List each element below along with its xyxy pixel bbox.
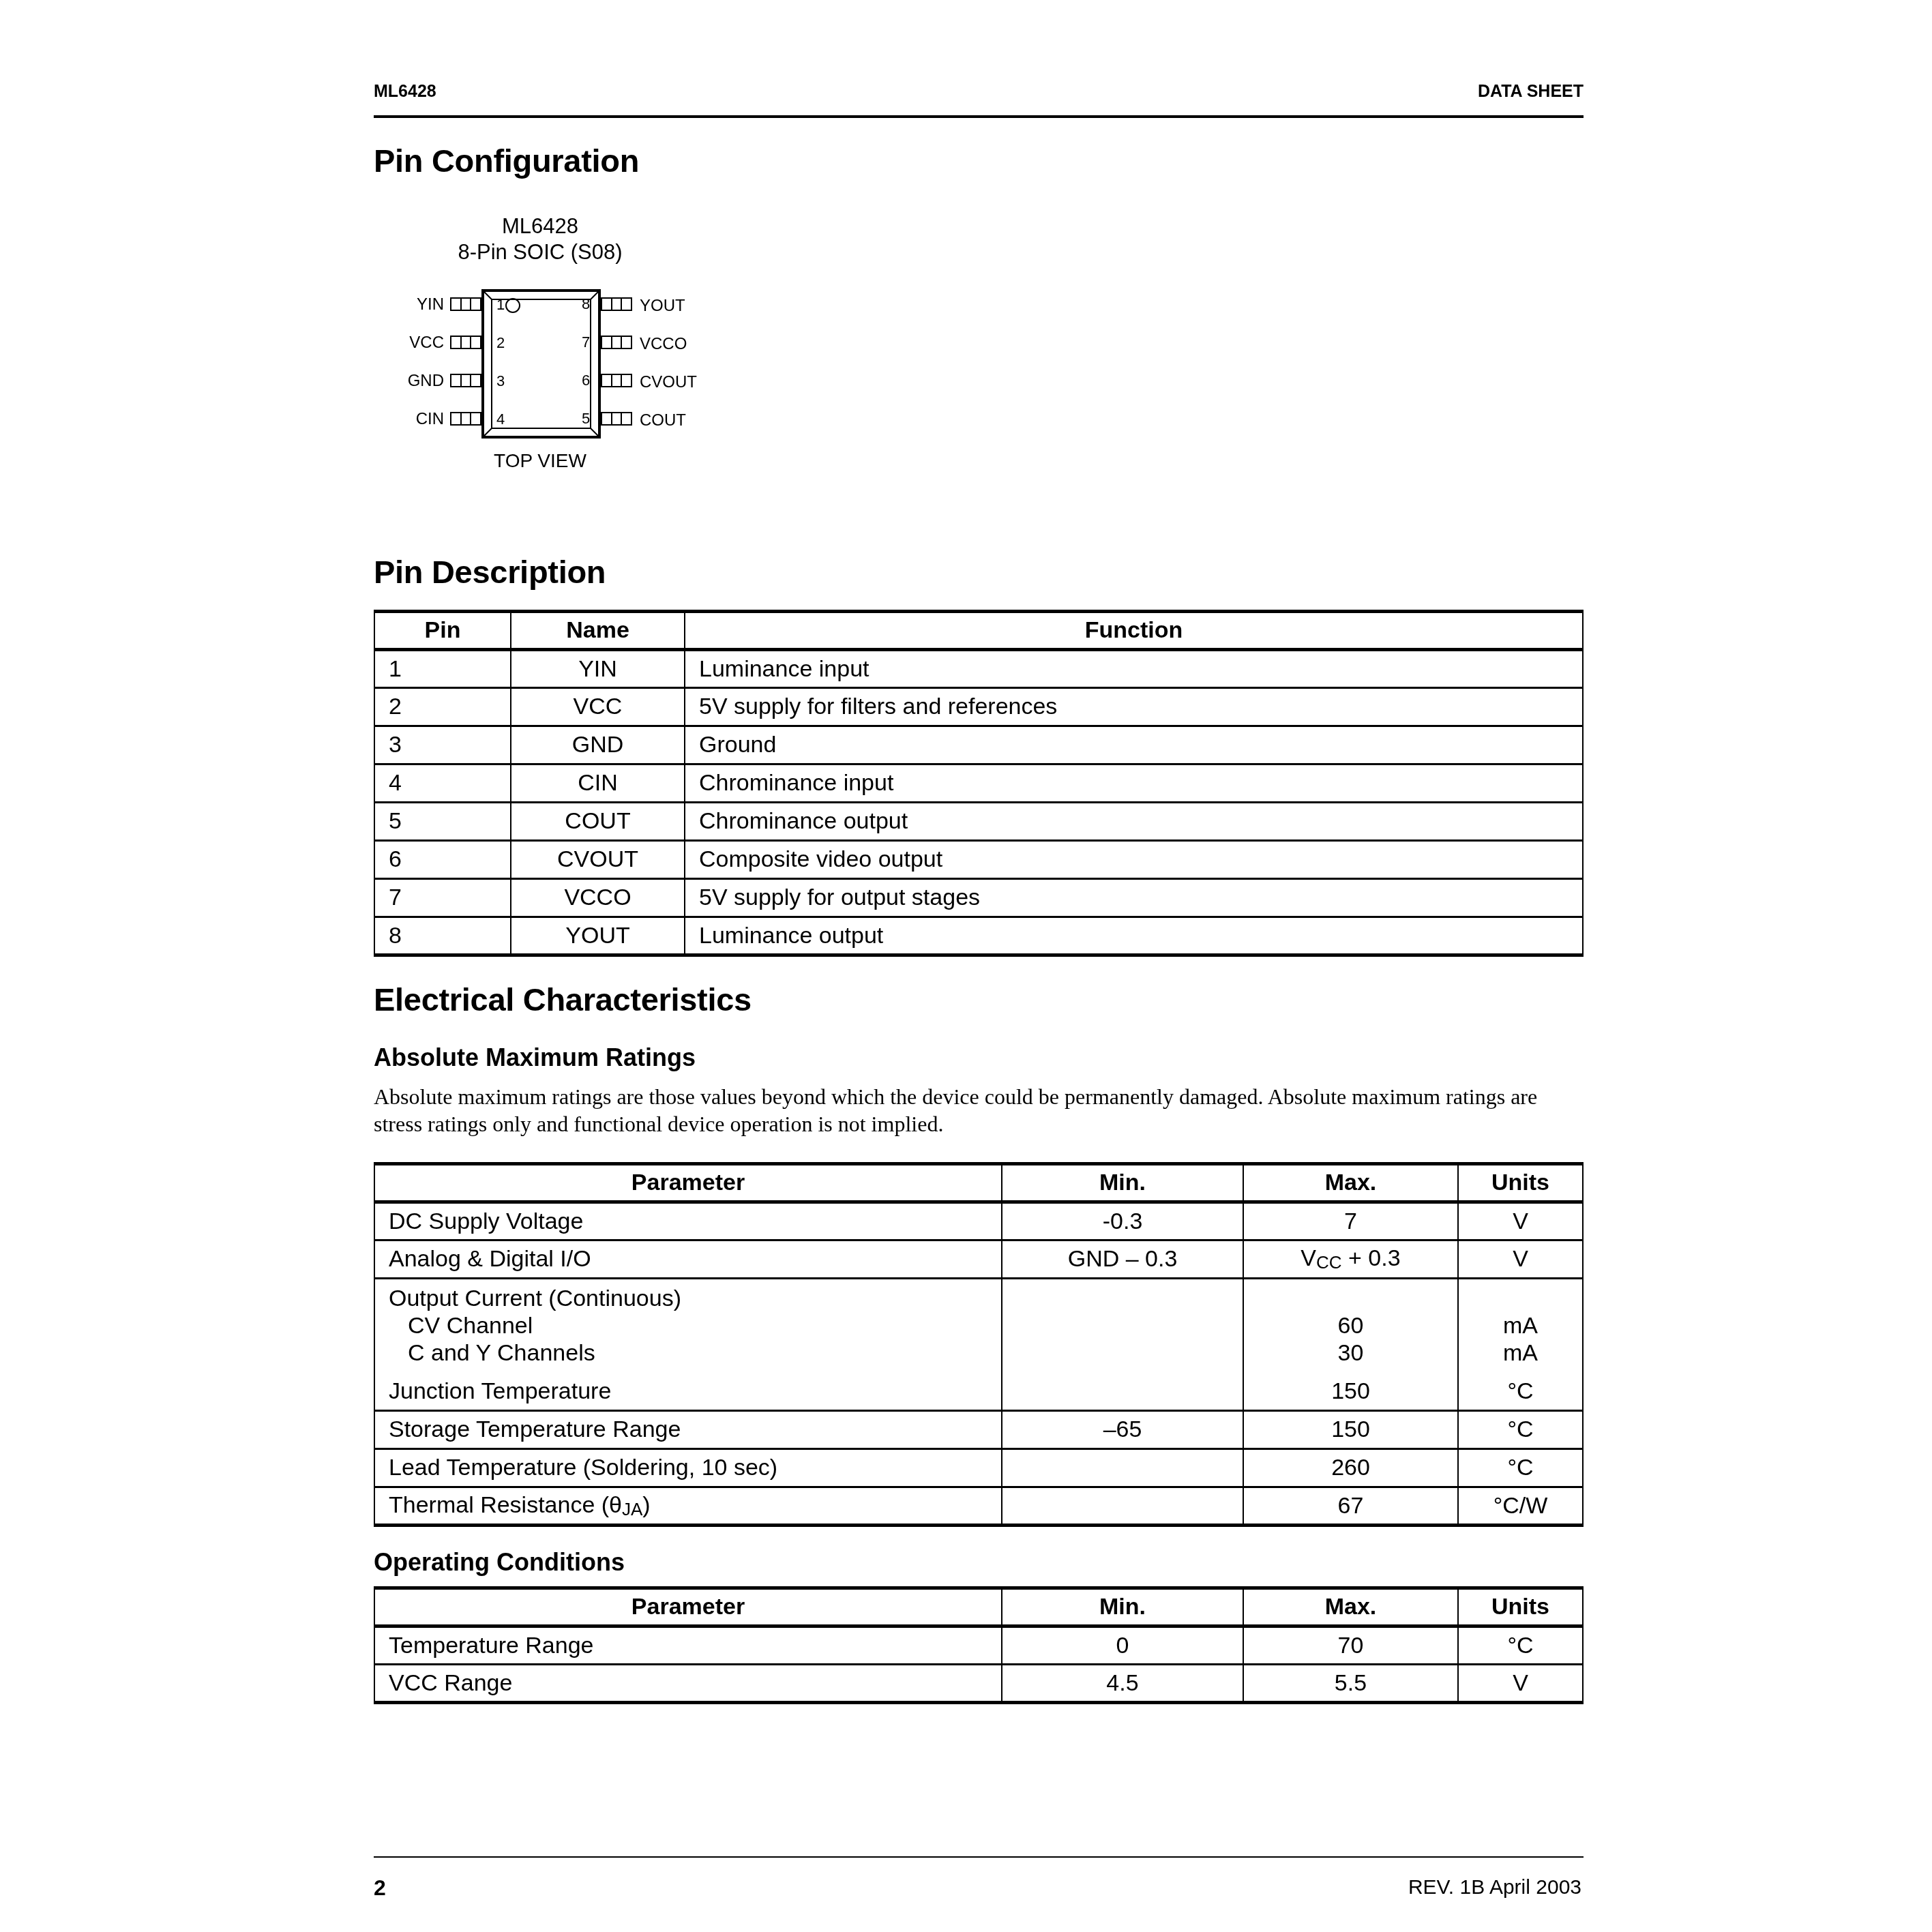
pin-label-right-8: YOUT <box>640 298 685 314</box>
col-header-name: Name <box>511 612 685 650</box>
table-row: Thermal Resistance (θJA) 67 °C/W <box>374 1487 1583 1526</box>
col-header-function: Function <box>685 612 1583 650</box>
col-header-units: Units <box>1458 1588 1583 1626</box>
table-header-row: Parameter Min. Max. Units <box>374 1164 1583 1202</box>
pin-lead-7 <box>601 336 632 349</box>
table-row: 8YOUTLuminance output <box>374 917 1583 955</box>
param-cell: Output Current (Continuous) CV Channel C… <box>374 1279 1002 1411</box>
units-cell: °C <box>1458 1411 1583 1449</box>
min-cell: -0.3 <box>1002 1202 1243 1240</box>
min-cell: –65 <box>1002 1411 1243 1449</box>
pin-function-cell: Luminance input <box>685 650 1583 688</box>
pin-lead-8 <box>601 297 632 311</box>
diagram-package: 8-Pin SOIC (S08) <box>404 239 677 265</box>
revision-label: REV. 1B April 2003 <box>1408 1876 1581 1899</box>
units-cell: °C <box>1458 1626 1583 1665</box>
table-row: 4CINChrominance input <box>374 764 1583 803</box>
min-cell <box>1002 1449 1243 1487</box>
pin-num-3: 3 <box>496 374 505 389</box>
footer-rule <box>374 1856 1584 1858</box>
pin-num-7: 7 <box>582 335 590 350</box>
pin-function-cell: Composite video output <box>685 841 1583 879</box>
min-cell: 0 <box>1002 1626 1243 1665</box>
pin-description-table: Pin Name Function 1YINLuminance input2VC… <box>374 610 1584 957</box>
pin-label-right-7: VCCO <box>640 336 687 353</box>
units-cell: V <box>1458 1240 1583 1279</box>
col-header-pin: Pin <box>374 612 511 650</box>
param-cell: VCC Range <box>374 1665 1002 1703</box>
pin-function-cell: Chrominance output <box>685 803 1583 841</box>
pin-lead-3 <box>450 374 481 387</box>
pin-function-cell: Chrominance input <box>685 764 1583 803</box>
table-row: 3GNDGround <box>374 726 1583 764</box>
pin-number-cell: 8 <box>374 917 511 955</box>
pin1-indicator-icon <box>505 298 520 313</box>
table-row: 5COUTChrominance output <box>374 803 1583 841</box>
param-cell: Thermal Resistance (θJA) <box>374 1487 1002 1526</box>
pin-number-cell: 2 <box>374 688 511 726</box>
table-row: Lead Temperature (Soldering, 10 sec) 260… <box>374 1449 1583 1487</box>
units-cell: V <box>1458 1202 1583 1240</box>
max-cell: 150 <box>1243 1411 1458 1449</box>
max-cell: 60 30 150 <box>1243 1279 1458 1411</box>
pin-number-cell: 6 <box>374 841 511 879</box>
pin-number-cell: 1 <box>374 650 511 688</box>
col-header-min: Min. <box>1002 1588 1243 1626</box>
pin-label-left-1: YIN <box>417 297 444 313</box>
pin-lead-4 <box>450 412 481 426</box>
page-number: 2 <box>374 1875 386 1901</box>
units-cell: °C <box>1458 1449 1583 1487</box>
min-cell <box>1002 1279 1243 1411</box>
pin-name-cell: GND <box>511 726 685 764</box>
pin-lead-1 <box>450 297 481 311</box>
col-header-parameter: Parameter <box>374 1164 1002 1202</box>
table-row: Output Current (Continuous) CV Channel C… <box>374 1279 1583 1411</box>
pin-function-cell: 5V supply for output stages <box>685 879 1583 917</box>
pin-num-6: 6 <box>582 373 590 388</box>
table-row: 6CVOUTComposite video output <box>374 841 1583 879</box>
pin-name-cell: VCCO <box>511 879 685 917</box>
min-cell: 4.5 <box>1002 1665 1243 1703</box>
table-row: VCC Range4.55.5V <box>374 1665 1583 1703</box>
col-header-max: Max. <box>1243 1164 1458 1202</box>
col-header-parameter: Parameter <box>374 1588 1002 1626</box>
col-header-min: Min. <box>1002 1164 1243 1202</box>
pin-label-right-6: CVOUT <box>640 374 697 391</box>
max-cell: 260 <box>1243 1449 1458 1487</box>
table-row: 7VCCO5V supply for output stages <box>374 879 1583 917</box>
col-header-max: Max. <box>1243 1588 1458 1626</box>
units-cell: V <box>1458 1665 1583 1703</box>
max-cell: 7 <box>1243 1202 1458 1240</box>
pin-lead-2 <box>450 336 481 349</box>
min-cell: GND – 0.3 <box>1002 1240 1243 1279</box>
header-part-number: ML6428 <box>374 82 436 102</box>
pin-num-8: 8 <box>582 297 590 312</box>
electrical-characteristics-title: Electrical Characteristics <box>374 981 752 1018</box>
pin-description-title: Pin Description <box>374 553 606 591</box>
min-cell <box>1002 1487 1243 1526</box>
abs-max-description: Absolute maximum ratings are those value… <box>374 1083 1588 1138</box>
param-cell: Temperature Range <box>374 1626 1002 1665</box>
header-rule <box>374 115 1584 118</box>
pin-lead-5 <box>601 412 632 426</box>
table-header-row: Pin Name Function <box>374 612 1583 650</box>
pin-num-5: 5 <box>582 411 590 426</box>
units-cell: mA mA °C <box>1458 1279 1583 1411</box>
table-row: DC Supply Voltage -0.3 7 V <box>374 1202 1583 1240</box>
table-row: Analog & Digital I/O GND – 0.3 VCC + 0.3… <box>374 1240 1583 1279</box>
header-doc-type: DATA SHEET <box>1478 82 1584 102</box>
pin-number-cell: 7 <box>374 879 511 917</box>
param-cell: Storage Temperature Range <box>374 1411 1002 1449</box>
table-row: 2VCC5V supply for filters and references <box>374 688 1583 726</box>
abs-max-table: Parameter Min. Max. Units DC Supply Volt… <box>374 1162 1584 1527</box>
abs-max-title: Absolute Maximum Ratings <box>374 1043 696 1072</box>
pin-name-cell: YIN <box>511 650 685 688</box>
pin-label-right-5: COUT <box>640 413 686 429</box>
pin-label-left-2: VCC <box>409 335 444 351</box>
pin-function-cell: Ground <box>685 726 1583 764</box>
units-cell: °C/W <box>1458 1487 1583 1526</box>
param-cell: Lead Temperature (Soldering, 10 sec) <box>374 1449 1002 1487</box>
param-cell: DC Supply Voltage <box>374 1202 1002 1240</box>
pin-num-4: 4 <box>496 412 505 427</box>
pin-name-cell: YOUT <box>511 917 685 955</box>
pin-name-cell: CIN <box>511 764 685 803</box>
table-row: Temperature Range070°C <box>374 1626 1583 1665</box>
table-row: Storage Temperature Range –65 150 °C <box>374 1411 1583 1449</box>
diagram-part: ML6428 <box>404 213 677 239</box>
pin-number-cell: 5 <box>374 803 511 841</box>
pin-name-cell: CVOUT <box>511 841 685 879</box>
pin-name-cell: COUT <box>511 803 685 841</box>
pin-num-1: 1 <box>496 297 505 312</box>
max-cell: VCC + 0.3 <box>1243 1240 1458 1279</box>
operating-conditions-table: Parameter Min. Max. Units Temperature Ra… <box>374 1586 1584 1704</box>
operating-conditions-title: Operating Conditions <box>374 1548 625 1577</box>
max-cell: 5.5 <box>1243 1665 1458 1703</box>
pin-lead-6 <box>601 374 632 387</box>
diagram-view-label: TOP VIEW <box>404 448 677 474</box>
pin-configuration-title: Pin Configuration <box>374 142 639 179</box>
table-row: 1YINLuminance input <box>374 650 1583 688</box>
pin-number-cell: 4 <box>374 764 511 803</box>
pin-num-2: 2 <box>496 336 505 351</box>
pin-function-cell: 5V supply for filters and references <box>685 688 1583 726</box>
pin-label-left-3: GND <box>408 373 444 389</box>
pin-number-cell: 3 <box>374 726 511 764</box>
pin-label-left-4: CIN <box>416 411 444 428</box>
col-header-units: Units <box>1458 1164 1583 1202</box>
max-cell: 70 <box>1243 1626 1458 1665</box>
pin-function-cell: Luminance output <box>685 917 1583 955</box>
pin-name-cell: VCC <box>511 688 685 726</box>
max-cell: 67 <box>1243 1487 1458 1526</box>
param-cell: Analog & Digital I/O <box>374 1240 1002 1279</box>
table-header-row: Parameter Min. Max. Units <box>374 1588 1583 1626</box>
